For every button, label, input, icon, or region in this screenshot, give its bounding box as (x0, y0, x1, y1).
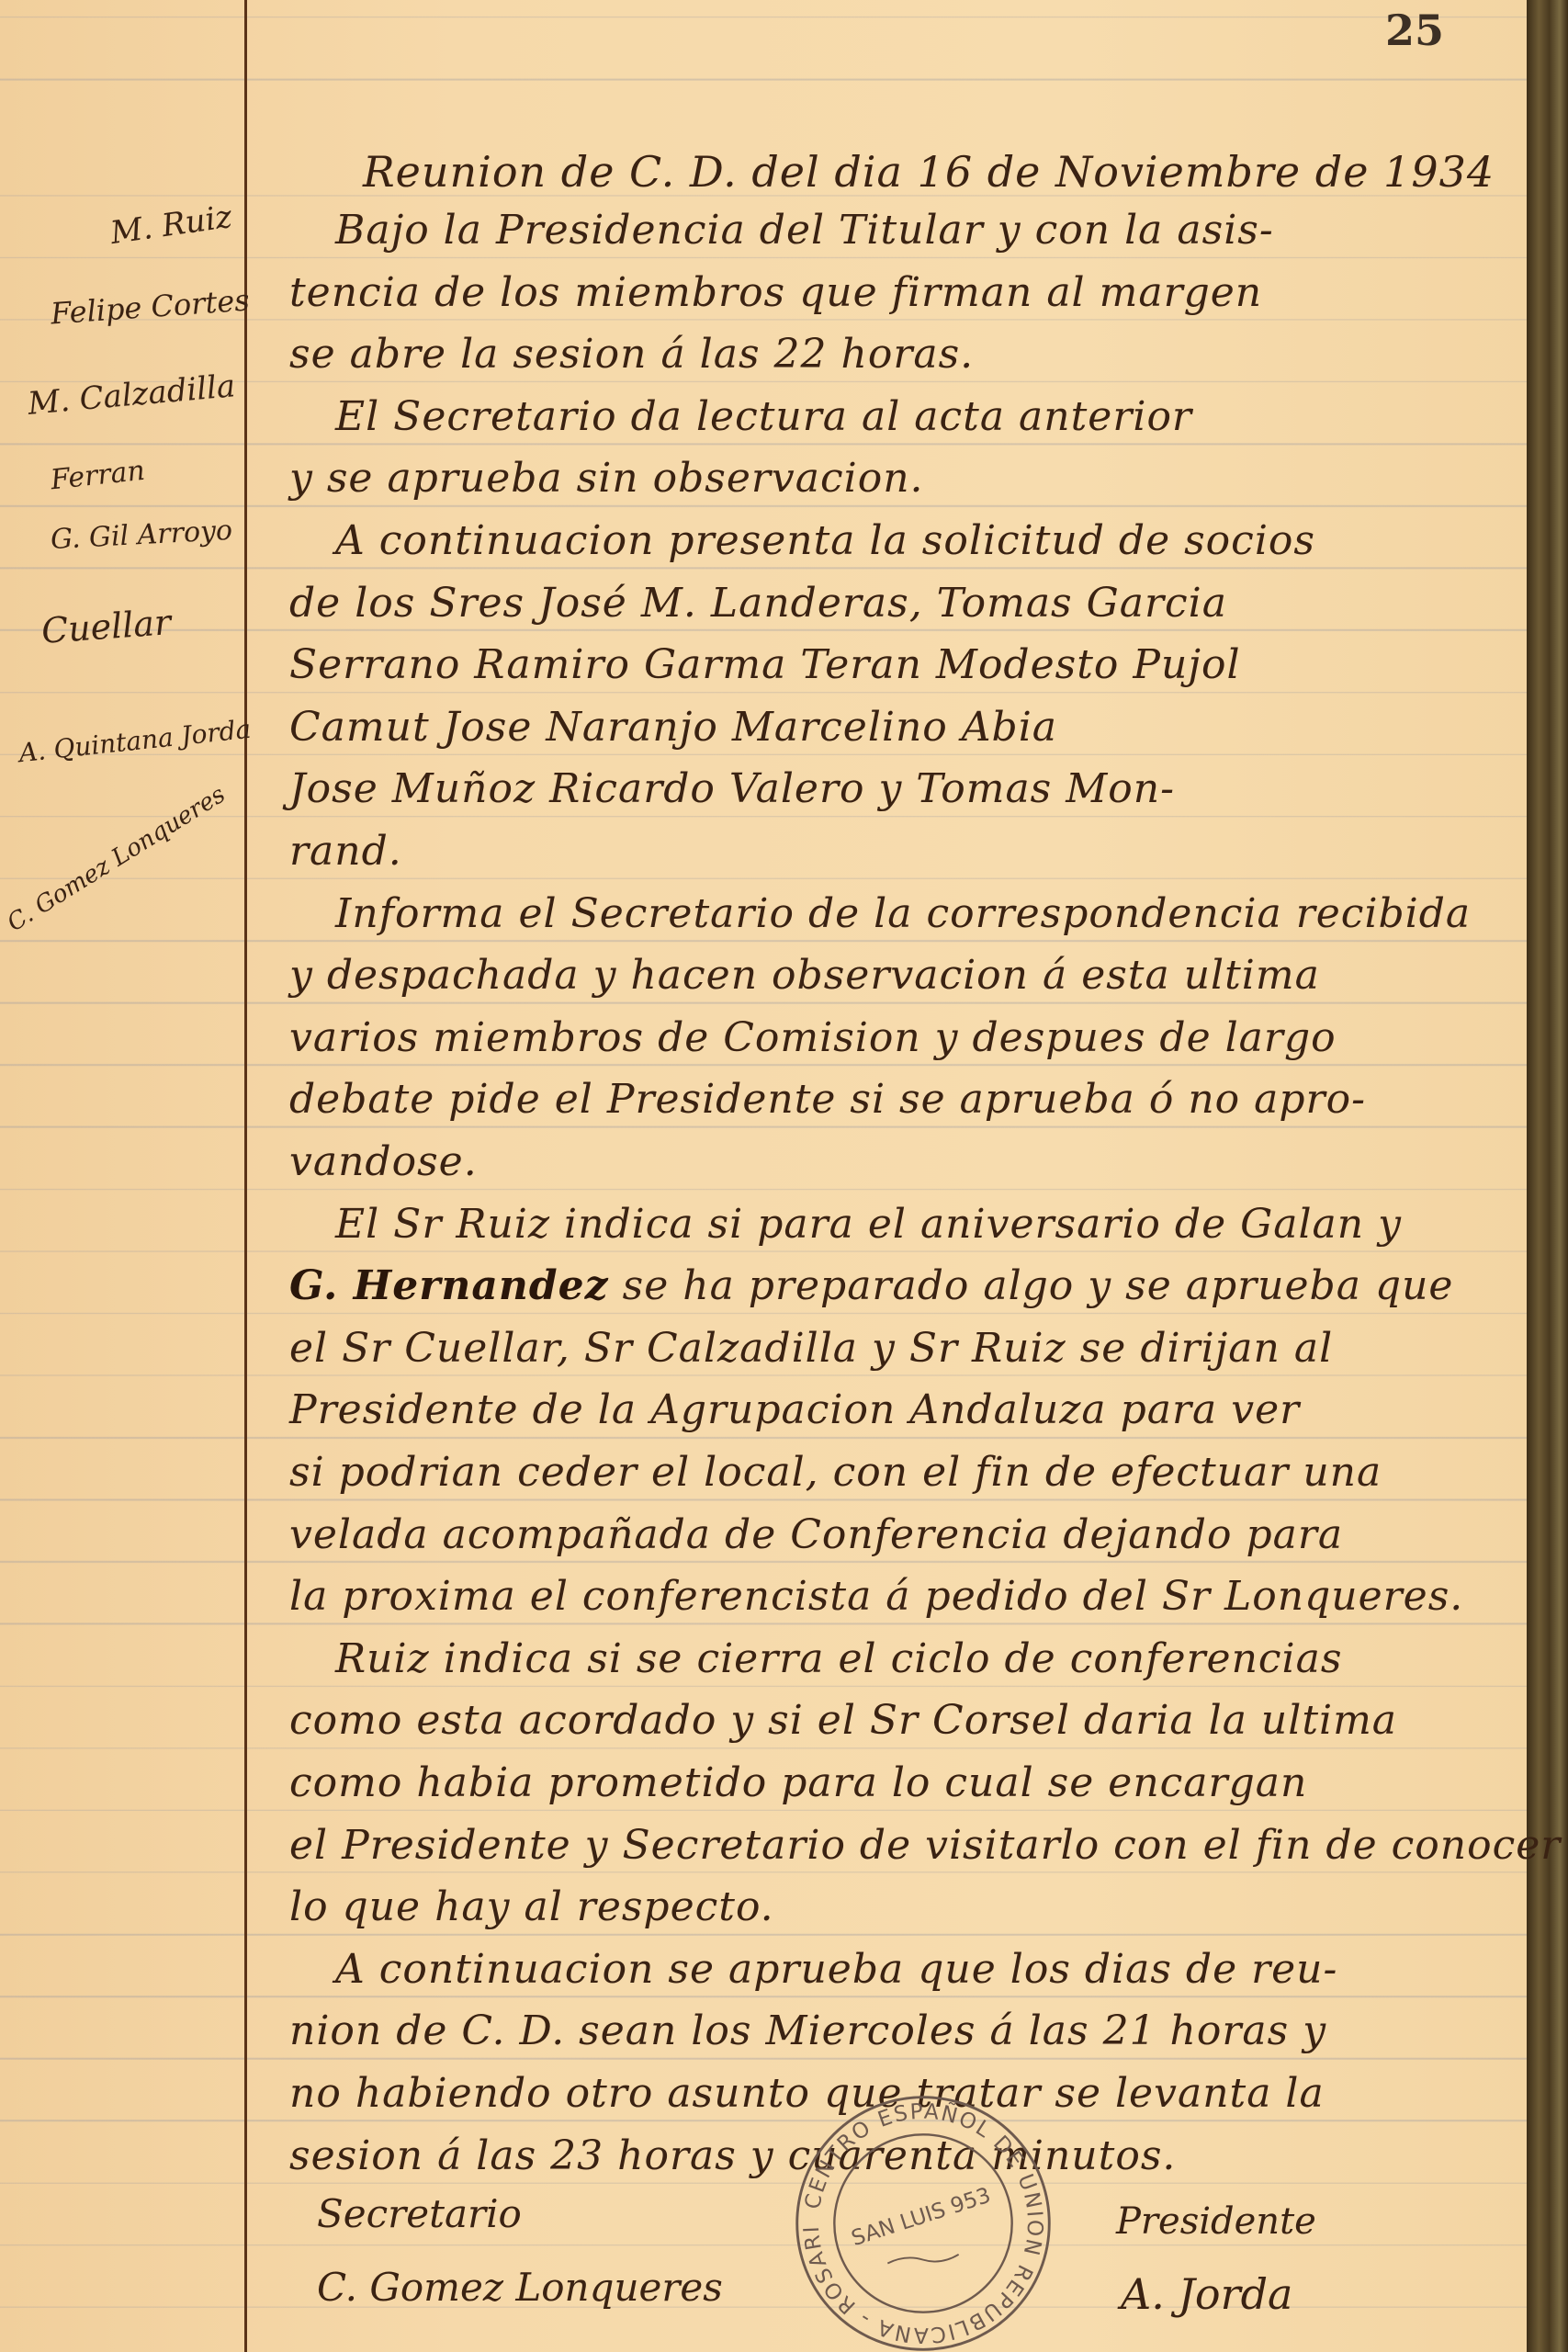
minutes-line: de los Sres José M. Landeras, Tomas Garc… (289, 580, 1227, 627)
minutes-line: G. Hernandez se ha preparado algo y se a… (289, 1262, 1453, 1309)
minutes-line: Presidente de la Agrupacion Andaluza par… (289, 1386, 1300, 1433)
minutes-line: El Sr Ruiz indica si para el aniversario… (335, 1201, 1402, 1248)
minutes-line: nion de C. D. sean los Miercoles á las 2… (289, 2007, 1326, 2054)
minutes-line: Ruiz indica si se cierra el ciclo de con… (335, 1635, 1342, 1682)
minutes-title: Reunion de C. D. del dia 16 de Noviembre… (363, 147, 1495, 197)
minutes-line: la proxima el conferencista á pedido del… (289, 1573, 1463, 1620)
minutes-line: varios miembros de Comision y despues de… (289, 1014, 1337, 1061)
minutes-line: El Secretario da lectura al acta anterio… (335, 393, 1192, 440)
secretary-signature: C. Gomez Lonqueres (317, 2265, 723, 2310)
minutes-line: Camut Jose Naranjo Marcelino Abia (289, 704, 1057, 751)
minutes-line: se abre la sesion á las 22 horas. (289, 331, 974, 378)
president-label: Presidente (1116, 2200, 1316, 2243)
minutes-line: velada acompañada de Conferencia dejando… (289, 1511, 1343, 1558)
seal-icon: CENTRO ESPAÑOL DE UNION REPUBLICANA - RO… (790, 2090, 1056, 2352)
minutes-line: debate pide el Presidente si se aprueba … (289, 1076, 1366, 1123)
minutes-line: el Presidente y Secretario de visitarlo … (289, 1822, 1561, 1869)
secretary-label: Secretario (317, 2191, 522, 2236)
minutes-line: como habia prometido para lo cual se enc… (289, 1759, 1307, 1806)
organization-stamp: CENTRO ESPAÑOL DE UNION REPUBLICANA - RO… (790, 2090, 1056, 2352)
minutes-line: tencia de los miembros que firman al mar… (289, 269, 1262, 316)
svg-text:SAN LUIS 953: SAN LUIS 953 (849, 2183, 994, 2251)
minutes-line: A continuacion presenta la solicitud de … (335, 517, 1315, 564)
book-binding (1527, 0, 1568, 2352)
minutes-line: y se aprueba sin observacion. (289, 455, 924, 502)
minutes-line: rand. (289, 828, 402, 875)
margin-rule (244, 0, 247, 2352)
minutes-line: A continuacion se aprueba que los dias d… (335, 1946, 1337, 1993)
minutes-line: lo que hay al respecto. (289, 1883, 774, 1930)
minutes-line: vandose. (289, 1138, 478, 1185)
highlighted-name: G. Hernandez (289, 1262, 609, 1309)
minutes-line: el Sr Cuellar, Sr Calzadilla y Sr Ruiz s… (289, 1325, 1333, 1372)
minutes-line: como esta acordado y si el Sr Corsel dar… (289, 1697, 1397, 1744)
minutes-line: y despachada y hacen observacion á esta … (289, 952, 1320, 999)
minutes-line: si podrian ceder el local, con el fin de… (289, 1449, 1382, 1496)
page-number: 25 (1385, 6, 1444, 55)
minutes-line: Serrano Ramiro Garma Teran Modesto Pujol (289, 641, 1241, 688)
minutes-line: Jose Muñoz Ricardo Valero y Tomas Mon- (289, 765, 1175, 812)
minutes-line: Bajo la Presidencia del Titular y con la… (335, 207, 1274, 254)
minutes-line: Informa el Secretario de la corresponden… (335, 890, 1471, 937)
president-signature: A. Jorda (1121, 2269, 1292, 2319)
